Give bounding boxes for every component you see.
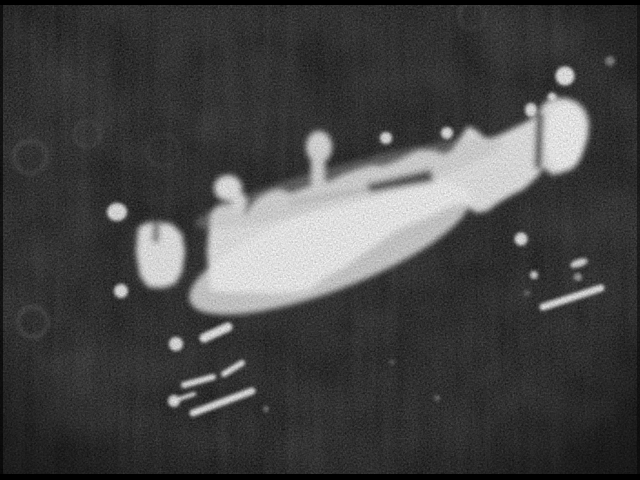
bottom-frame-bar <box>0 474 640 480</box>
photo-frame: Grainy monochrome long-range photograph … <box>0 0 640 480</box>
vignette <box>0 0 640 480</box>
surveillance-photo: Grainy monochrome long-range photograph … <box>0 0 640 480</box>
top-frame-bar <box>0 0 640 5</box>
left-frame-edge <box>0 0 3 480</box>
